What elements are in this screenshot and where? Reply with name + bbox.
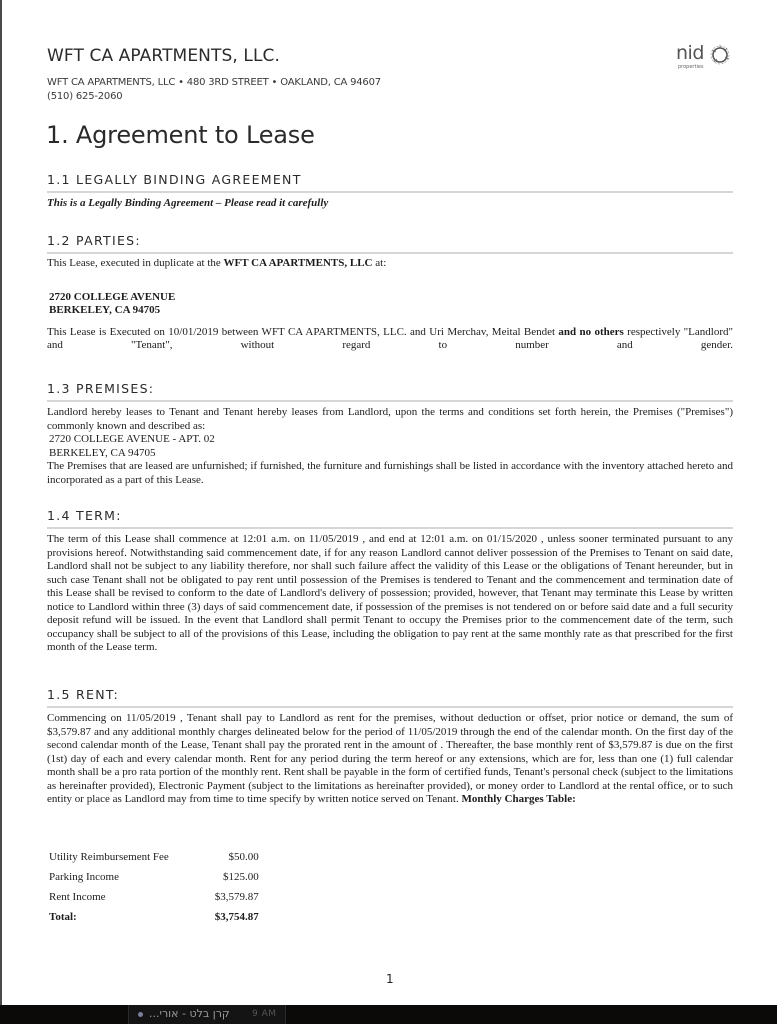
section-parties: 1.2 PARTIES: This Lease, executed in dup… [47, 233, 733, 353]
section-title: 1.3 PREMISES: [47, 381, 733, 402]
charge-label: Parking Income [49, 867, 169, 887]
charge-value: $125.00 [169, 867, 259, 887]
charges-total-row: Total: $3,754.87 [49, 907, 259, 927]
nido-logo: nid properties [676, 44, 736, 76]
phone-number: (510) 625-2060 [47, 90, 381, 104]
company-address: WFT CA APARTMENTS, LLC • 480 3RD STREET … [47, 76, 381, 104]
monthly-charges-table: Utility Reimbursement Fee$50.00Parking I… [49, 847, 259, 927]
charge-value: $3,579.87 [169, 887, 259, 907]
property-address: 2720 COLLEGE AVENUE BERKELEY, CA 94705 [49, 291, 733, 317]
page-number: 1 [386, 972, 394, 986]
parties-intro: This Lease, executed in duplicate at the… [47, 257, 733, 271]
section-title: 1.1 LEGALLY BINDING AGREEMENT [47, 172, 733, 193]
nest-icon [709, 44, 731, 66]
charges-row: Utility Reimbursement Fee$50.00 [49, 847, 259, 867]
charge-label: Rent Income [49, 887, 169, 907]
page-left-border [0, 0, 2, 1005]
taskbar-notification[interactable]: קרן בלט - אורי... 9 AM [128, 1005, 286, 1024]
company-name: WFT CA APARTMENTS, LLC. [47, 46, 280, 66]
taskbar [0, 1005, 777, 1024]
charge-label: Utility Reimbursement Fee [49, 847, 169, 867]
charges-row: Parking Income$125.00 [49, 867, 259, 887]
charge-value: $50.00 [169, 847, 259, 867]
charges-row: Rent Income$3,579.87 [49, 887, 259, 907]
section-title: 1.5 RENT: [47, 687, 733, 708]
binding-notice: This is a Legally Binding Agreement – Pl… [47, 197, 733, 209]
notification-time: 9 AM [252, 1009, 277, 1019]
section-term: 1.4 TERM: The term of this Lease shall c… [47, 508, 733, 655]
logo-subtext: properties [678, 64, 704, 70]
section-title: 1.4 TERM: [47, 508, 733, 529]
section-rent: 1.5 RENT: Commencing on 11/05/2019 , Ten… [47, 687, 733, 807]
premises-text: Landlord hereby leases to Tenant and Ten… [47, 406, 733, 487]
term-text: The term of this Lease shall commence at… [47, 533, 733, 655]
rent-text: Commencing on 11/05/2019 , Tenant shall … [47, 712, 733, 807]
monthly-charges-label: Monthly Charges Table: [461, 793, 575, 805]
execution-clause: This Lease is Executed on 10/01/2019 bet… [47, 326, 733, 353]
logo-text: nid [676, 42, 704, 64]
section-premises: 1.3 PREMISES: Landlord hereby leases to … [47, 381, 733, 487]
address-line: WFT CA APARTMENTS, LLC • 480 3RD STREET … [47, 76, 381, 90]
section-title: 1.2 PARTIES: [47, 233, 733, 254]
document-page: WFT CA APARTMENTS, LLC. WFT CA APARTMENT… [0, 0, 777, 1005]
notification-title: קרן בלט - אורי... [149, 1007, 237, 1020]
section-legally-binding: 1.1 LEGALLY BINDING AGREEMENT This is a … [47, 172, 733, 209]
status-dot-icon [138, 1012, 143, 1017]
page-title: 1. Agreement to Lease [46, 121, 315, 149]
